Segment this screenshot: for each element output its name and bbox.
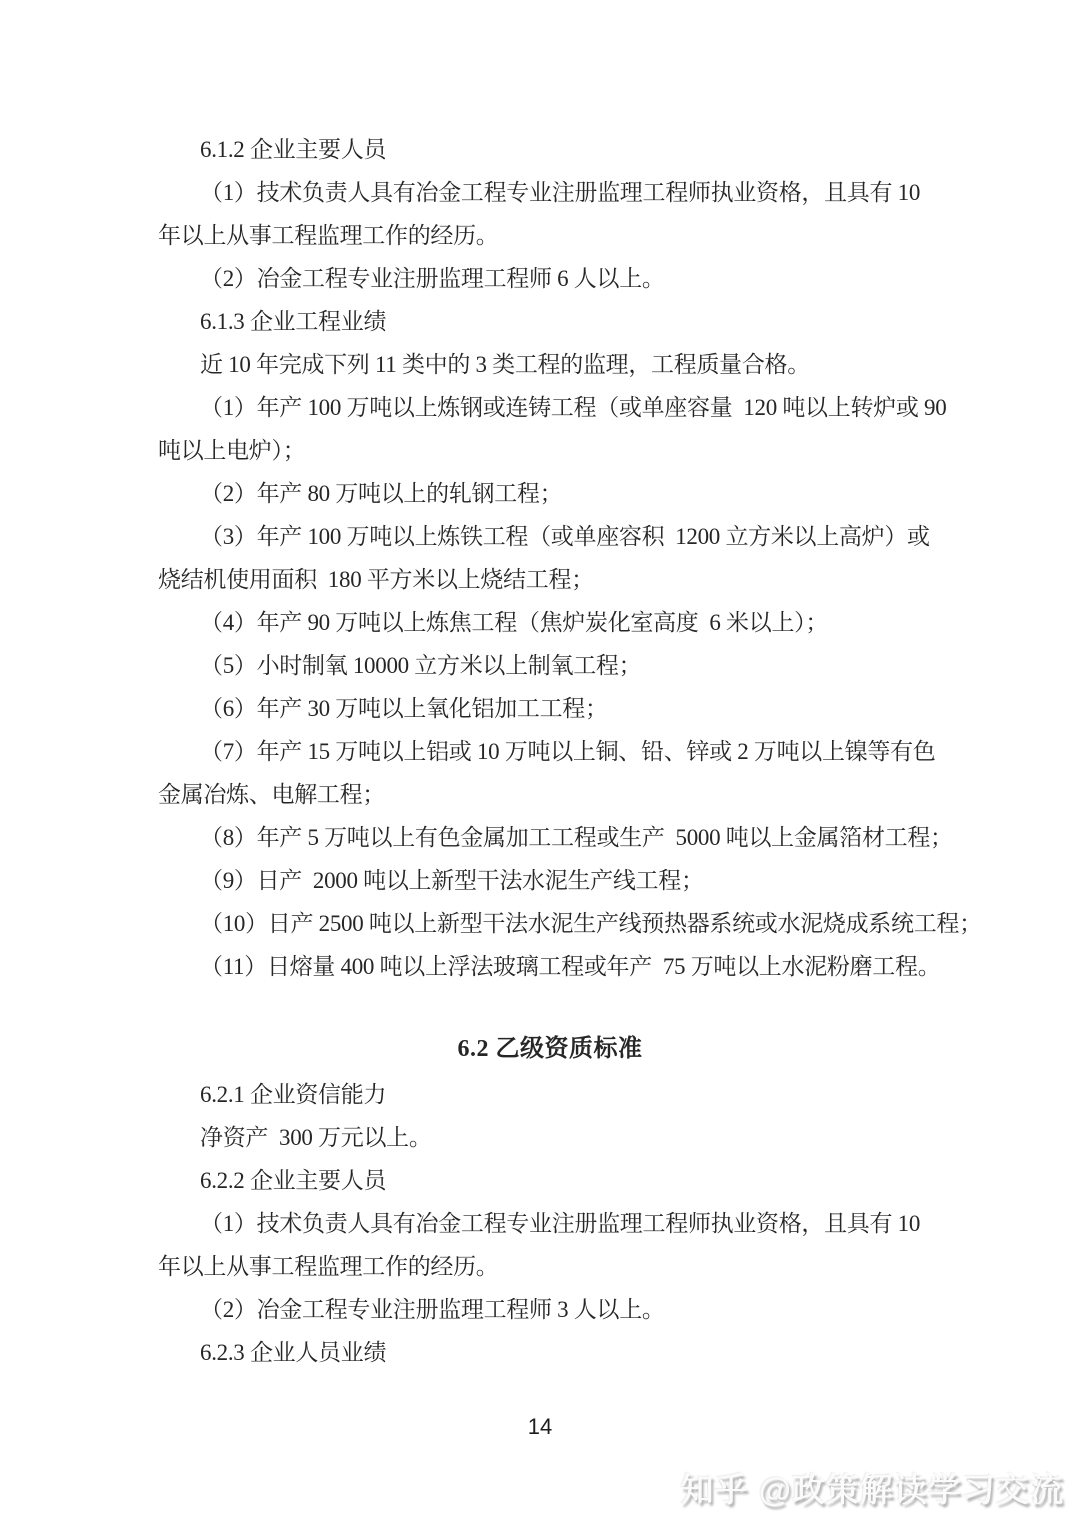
text-line: （2）冶金工程专业注册监理工程师 6 人以上。: [158, 257, 942, 300]
text-line: （6）年产 30 万吨以上氧化铝加工工程；: [158, 687, 942, 730]
text-line: 烧结机使用面积 180 平方米以上烧结工程；: [158, 558, 942, 601]
text-line: 近 10 年完成下列 11 类中的 3 类工程的监理，工程质量合格。: [158, 343, 942, 386]
text-line: （5）小时制氧 10000 立方米以上制氧工程；: [158, 644, 942, 687]
text-line: 6.2.2 企业主要人员: [158, 1159, 942, 1202]
text-line: （8）年产 5 万吨以上有色金属加工工程或生产 5000 吨以上金属箔材工程；: [158, 816, 942, 859]
document-text-body: 6.1.2 企业主要人员（1）技术负责人具有冶金工程专业注册监理工程师执业资格，…: [158, 128, 942, 1374]
text-line: 金属冶炼、电解工程；: [158, 773, 942, 816]
document-page: 6.1.2 企业主要人员（1）技术负责人具有冶金工程专业注册监理工程师执业资格，…: [0, 0, 1080, 1527]
zhihu-watermark: 知乎 @政策解读学习交流: [681, 1464, 1064, 1511]
text-line: （7）年产 15 万吨以上铝或 10 万吨以上铜、铅、锌或 2 万吨以上镍等有色: [158, 730, 942, 773]
text-line: 6.1.3 企业工程业绩: [158, 300, 942, 343]
text-line: 年以上从事工程监理工作的经历。: [158, 1245, 942, 1288]
text-line: 6.1.2 企业主要人员: [158, 128, 942, 171]
text-line: （1）技术负责人具有冶金工程专业注册监理工程师执业资格，且具有 10: [158, 1202, 942, 1245]
text-line: （2）年产 80 万吨以上的轧钢工程；: [158, 472, 942, 515]
text-line: （1）年产 100 万吨以上炼钢或连铸工程（或单座容量 120 吨以上转炉或 9…: [158, 386, 942, 429]
text-line: 吨以上电炉）；: [158, 429, 942, 472]
text-line: （11）日熔量 400 吨以上浮法玻璃工程或年产 75 万吨以上水泥粉磨工程。: [158, 945, 942, 988]
text-line: （1）技术负责人具有冶金工程专业注册监理工程师执业资格，且具有 10: [158, 171, 942, 214]
text-line: 6.2.3 企业人员业绩: [158, 1331, 942, 1374]
text-line: （2）冶金工程专业注册监理工程师 3 人以上。: [158, 1288, 942, 1331]
text-line: 净资产 300 万元以上。: [158, 1116, 942, 1159]
page-number: 14: [0, 1412, 1080, 1442]
section-heading: 6.2 乙级资质标准: [158, 1028, 942, 1071]
text-line: （3）年产 100 万吨以上炼铁工程（或单座容积 1200 立方米以上高炉）或: [158, 515, 942, 558]
text-line: 6.2.1 企业资信能力: [158, 1073, 942, 1116]
text-line: 年以上从事工程监理工作的经历。: [158, 214, 942, 257]
text-line: （9）日产 2000 吨以上新型干法水泥生产线工程；: [158, 859, 942, 902]
text-line: （4）年产 90 万吨以上炼焦工程（焦炉炭化室高度 6 米以上）；: [158, 601, 942, 644]
text-line: （10）日产 2500 吨以上新型干法水泥生产线预热器系统或水泥烧成系统工程；: [158, 902, 942, 945]
